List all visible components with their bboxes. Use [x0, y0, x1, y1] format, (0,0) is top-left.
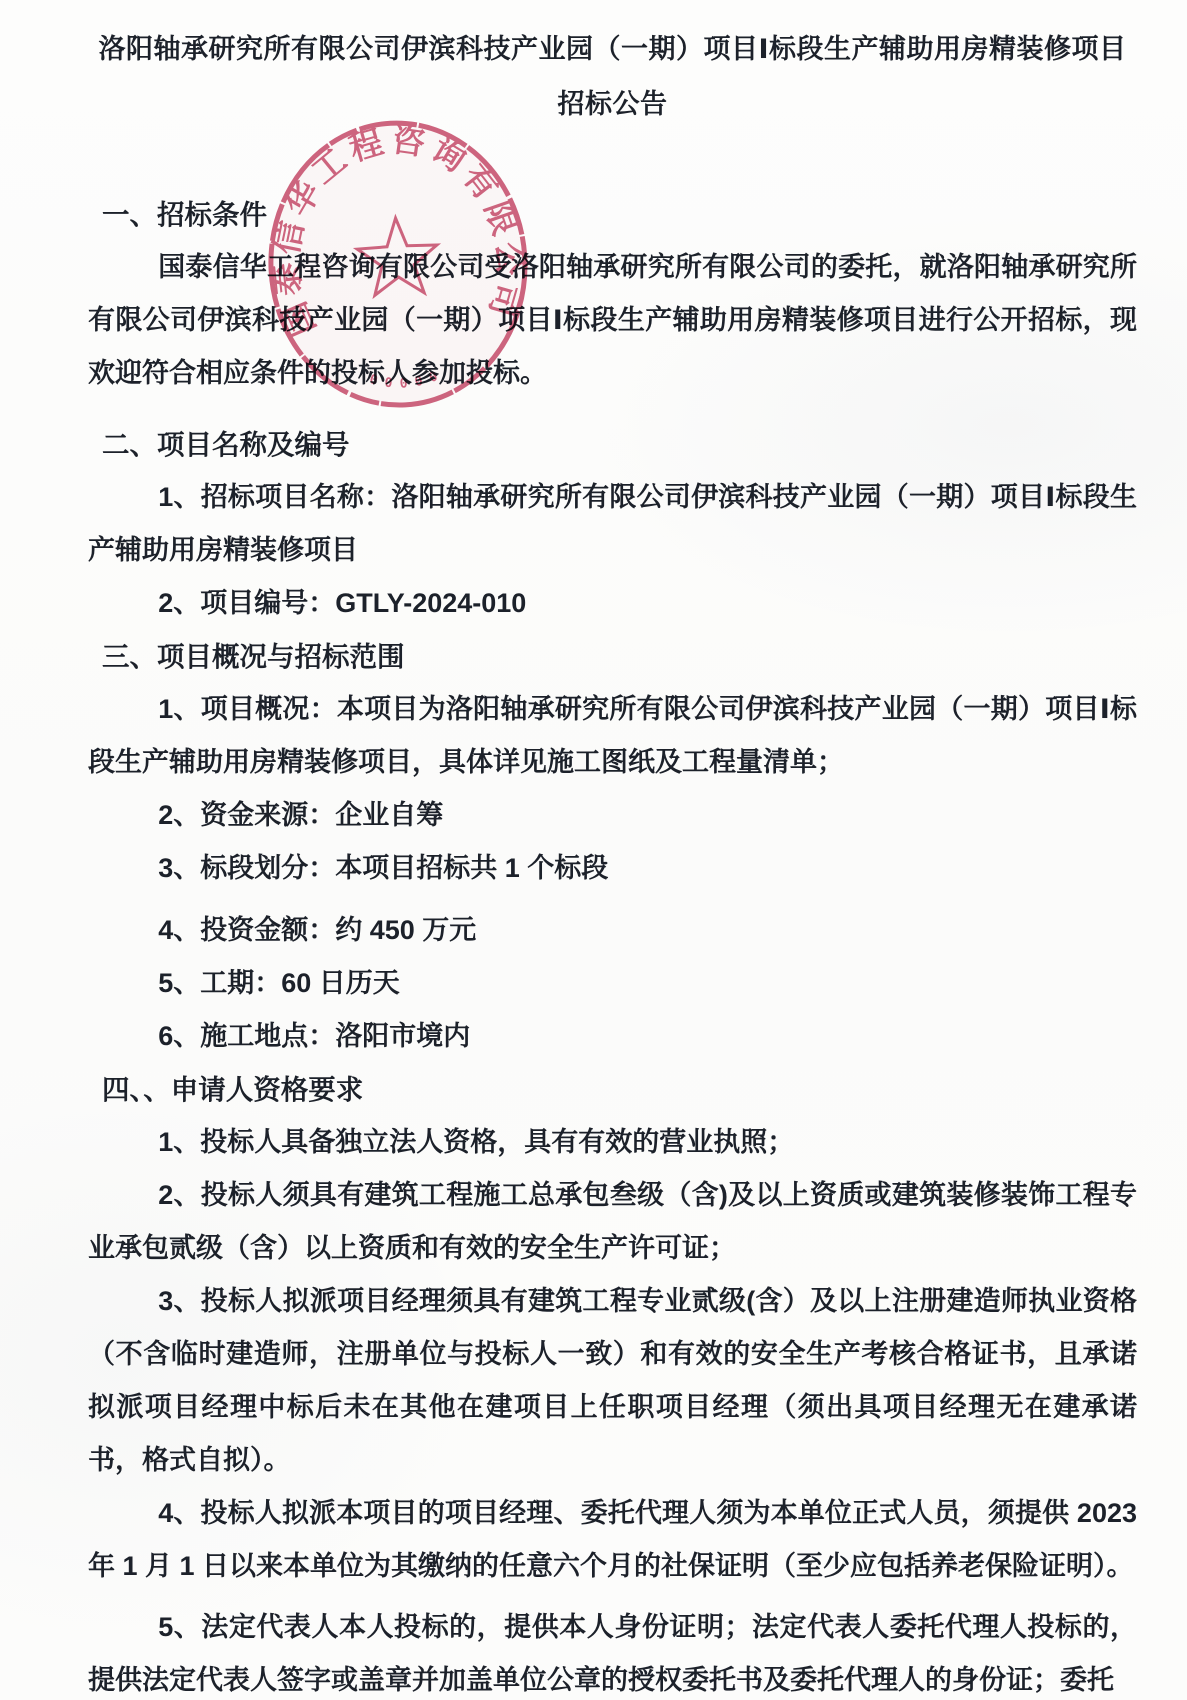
paragraph: 5、工期：60 日历天 [88, 957, 1137, 1010]
document-content: 洛阳轴承研究所有限公司伊滨科技产业园（一期）项目Ⅰ标段生产辅助用房精装修项目 招… [88, 22, 1137, 1700]
section: 一、招标条件国泰信华工程咨询有限公司受洛阳轴承研究所有限公司的委托，就洛阳轴承研… [88, 188, 1137, 400]
document-body: 一、招标条件国泰信华工程咨询有限公司受洛阳轴承研究所有限公司的委托，就洛阳轴承研… [88, 188, 1137, 1700]
paragraph: 2、投标人须具有建筑工程施工总承包叁级（含)及以上资质或建筑装修装饰工程专业承包… [88, 1169, 1137, 1275]
paragraph: 1、项目概况：本项目为洛阳轴承研究所有限公司伊滨科技产业园（一期）项目Ⅰ标段生产… [88, 683, 1137, 789]
paragraph: 3、投标人拟派项目经理须具有建筑工程专业贰级(含）及以上注册建造师执业资格（不含… [88, 1275, 1137, 1487]
document-title-line2: 招标公告 [88, 77, 1137, 132]
paragraph: 3、标段划分：本项目招标共 1 个标段 [88, 842, 1137, 895]
section-heading: 一、招标条件 [102, 188, 1137, 241]
paragraph: 2、项目编号：GTLY-2024-010 [88, 577, 1137, 630]
section: 二、项目名称及编号1、招标项目名称：洛阳轴承研究所有限公司伊滨科技产业园（一期）… [88, 418, 1137, 630]
scanned-document-page: 洛阳轴承研究所有限公司伊滨科技产业园（一期）项目Ⅰ标段生产辅助用房精装修项目 招… [0, 0, 1187, 1700]
paragraph: 2、资金来源：企业自筹 [88, 789, 1137, 842]
section: 三、项目概况与招标范围1、项目概况：本项目为洛阳轴承研究所有限公司伊滨科技产业园… [88, 630, 1137, 1063]
document-title: 洛阳轴承研究所有限公司伊滨科技产业园（一期）项目Ⅰ标段生产辅助用房精装修项目 招… [88, 22, 1137, 132]
paragraph: 国泰信华工程咨询有限公司受洛阳轴承研究所有限公司的委托，就洛阳轴承研究所有限公司… [88, 241, 1137, 400]
section: 四、、申请人资格要求1、投标人具备独立法人资格，具有有效的营业执照；2、投标人须… [88, 1063, 1137, 1700]
paragraph: 6、施工地点：洛阳市境内 [88, 1010, 1137, 1063]
paragraph: 1、投标人具备独立法人资格，具有有效的营业执照； [88, 1116, 1137, 1169]
paragraph: 1、招标项目名称：洛阳轴承研究所有限公司伊滨科技产业园（一期）项目Ⅰ标段生产辅助… [88, 471, 1137, 577]
section-heading: 四、、申请人资格要求 [102, 1063, 1137, 1116]
document-title-line1: 洛阳轴承研究所有限公司伊滨科技产业园（一期）项目Ⅰ标段生产辅助用房精装修项目 [88, 22, 1137, 77]
section-heading: 三、项目概况与招标范围 [102, 630, 1137, 683]
section-heading: 二、项目名称及编号 [102, 418, 1137, 471]
paragraph: 4、投标人拟派本项目的项目经理、委托代理人须为本单位正式人员，须提供 2023 … [88, 1487, 1137, 1593]
paragraph: 4、投资金额：约 450 万元 [88, 904, 1137, 957]
paragraph: 5、法定代表人本人投标的，提供本人身份证明；法定代表人委托代理人投标的，提供法定… [88, 1601, 1137, 1700]
